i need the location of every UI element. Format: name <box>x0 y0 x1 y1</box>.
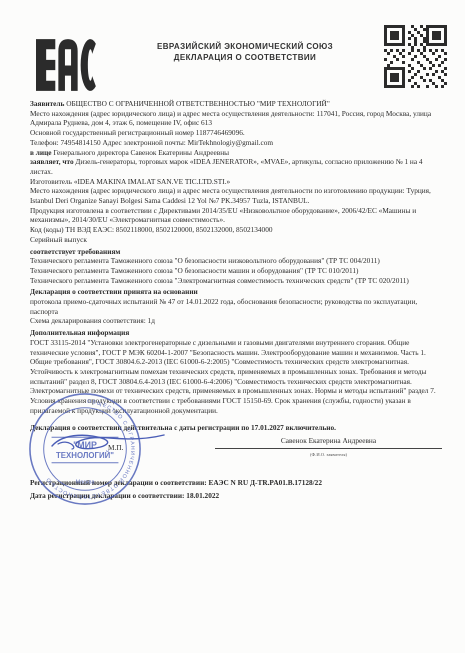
paragraph-gost-standards: ГОСТ 33115-2014 "Установки электрогенера… <box>30 338 442 416</box>
document-body: Заявитель ОБЩЕСТВО С ОГРАНИЧЕННОЙ ОТВЕТС… <box>30 99 442 501</box>
heading-complies-with: соответствует требованиям <box>30 247 442 257</box>
registration-date-value: 18.01.2022 <box>186 491 219 500</box>
paragraph-represented-by: в лице Генерального директора Савенок Ек… <box>30 148 442 158</box>
paragraph-serial-production: Серийный выпуск <box>30 235 442 245</box>
heading-adopted-on-basis: Декларация о соответствии принята на осн… <box>30 287 442 297</box>
eac-letter-a <box>58 39 77 91</box>
paragraph-tr-ts-010: Технического регламента Таможенного союз… <box>30 266 442 276</box>
heading-additional-info: Дополнительная информация <box>30 328 442 338</box>
registration-number-value: ЕАЭС N RU Д-TR.PA01.B.17128/22 <box>209 478 322 487</box>
title-declaration: ДЕКЛАРАЦИЯ О СООТВЕТСТВИИ <box>105 52 385 63</box>
declaration-document: ЕВРАЗИЙСКИЙ ЭКОНОМИЧЕСКИЙ СОЮЗ ДЕКЛАРАЦИ… <box>0 0 465 653</box>
signatory-block: Савенок Екатерина Андреевна (Ф.И.О. заяв… <box>215 436 442 459</box>
registration-date-line: Дата регистрации декларации о соответств… <box>30 491 442 501</box>
paragraph-phone-email: Телефон: 74954814150 Адрес электронной п… <box>30 138 442 148</box>
paragraph-manufacturer-address: Место нахождения (адрес юридического лиц… <box>30 186 442 205</box>
paragraph-applicant: Заявитель ОБЩЕСТВО С ОГРАНИЧЕННОЙ ОТВЕТС… <box>30 99 442 109</box>
paragraph-applicant-address: Место нахождения (адрес юридического лиц… <box>30 109 442 128</box>
signatory-caption: (Ф.И.О. заявителя) <box>215 450 442 460</box>
paragraph-tr-ts-020: Технического регламента Таможенного союз… <box>30 276 442 286</box>
eac-letter-c <box>81 39 96 91</box>
title-union: ЕВРАЗИЙСКИЙ ЭКОНОМИЧЕСКИЙ СОЮЗ <box>105 41 385 52</box>
signatory-name: Савенок Екатерина Андреевна <box>215 436 442 449</box>
paragraph-hs-codes: Код (коды) ТН ВЭД ЕАЭС: 8502118000, 8502… <box>30 225 442 235</box>
stamp-company-name-line1: "МИР <box>73 440 97 450</box>
signature-row: М.П. Савенок Екатерина Андреевна (Ф.И.О.… <box>30 434 442 474</box>
eac-letter-e <box>36 39 55 91</box>
seal-place-label: М.П. <box>108 443 123 453</box>
paragraph-tr-ts-004: Технического регламента Таможенного союз… <box>30 256 442 266</box>
paragraph-declares: заявляет, что Дизель-генераторы, торговы… <box>30 157 442 176</box>
paragraph-directives: Продукция изготовлена в соответствии с Д… <box>30 206 442 225</box>
registration-number-line: Регистрационный номер декларации о соотв… <box>30 478 442 488</box>
paragraph-test-protocol: протокола приемо-сдаточных испытаний № 4… <box>30 297 442 316</box>
validity-statement: Декларация о соответствии действительна … <box>30 423 442 433</box>
paragraph-manufacturer: Изготовитель «IDEA MAKINA IMALAT SAN.VE … <box>30 177 442 187</box>
stamp-company-name-line2: ТЕХНОЛОГИЙ" <box>56 451 114 460</box>
qr-code-icon <box>384 25 447 88</box>
paragraph-ogrn: Основной государственный регистрационный… <box>30 128 442 138</box>
paragraph-declaration-scheme: Схема декларирования соответствия: 1д <box>30 316 442 326</box>
document-title: ЕВРАЗИЙСКИЙ ЭКОНОМИЧЕСКИЙ СОЮЗ ДЕКЛАРАЦИ… <box>105 41 385 63</box>
eac-logo <box>36 39 100 91</box>
